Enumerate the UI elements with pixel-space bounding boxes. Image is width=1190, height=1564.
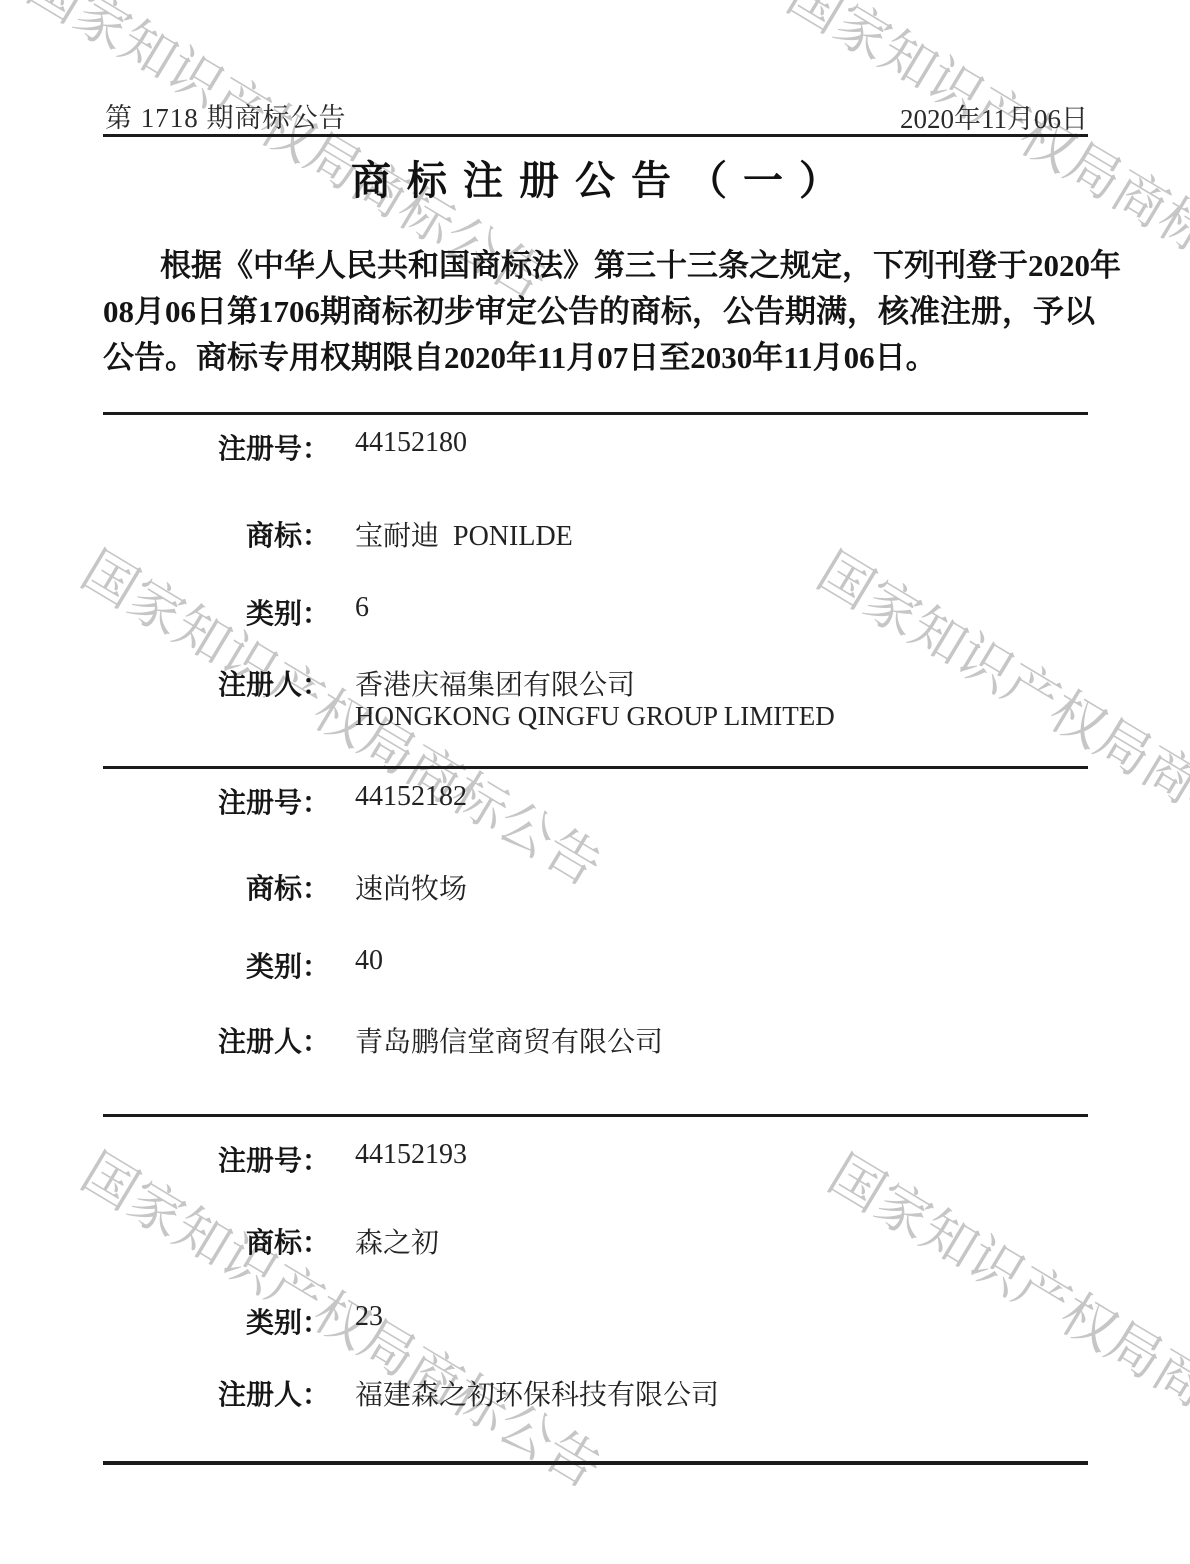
- field-value-registrant-en: HONGKONG QINGFU GROUP LIMITED: [355, 701, 1075, 732]
- intro-line: 08月06日第1706期商标初步审定公告的商标，公告期满，核准注册，予以: [103, 289, 1093, 335]
- field-value-trademark: 速尚牧场: [355, 867, 1075, 907]
- field-value-reg-no: 44152182: [355, 781, 1075, 813]
- field-label-registrant: 注册人：: [103, 663, 330, 703]
- field-value-trademark: 森之初: [355, 1221, 1075, 1261]
- page-title: 商标注册公告（一）: [0, 149, 1190, 206]
- field-label-trademark: 商标：: [103, 867, 330, 907]
- record-divider: [103, 412, 1088, 415]
- field-label-category: 类别：: [103, 945, 330, 985]
- intro-line: 公告。商标专用权期限自2020年11月07日至2030年11月06日。: [103, 335, 1093, 381]
- field-label-trademark: 商标：: [103, 1221, 330, 1261]
- record-divider: [103, 766, 1088, 769]
- field-value-trademark: 宝耐迪 PONILDE: [355, 514, 1075, 554]
- record-divider: [103, 1114, 1088, 1117]
- field-value-registrant: 香港庆福集团有限公司: [355, 663, 1075, 703]
- field-value-reg-no: 44152180: [355, 427, 1075, 459]
- field-label-reg-no: 注册号：: [103, 1139, 330, 1179]
- field-value-registrant: 青岛鹏信堂商贸有限公司: [355, 1020, 1075, 1060]
- field-label-registrant: 注册人：: [103, 1020, 330, 1060]
- header-divider: [103, 134, 1088, 137]
- field-value-category: 23: [355, 1301, 1075, 1333]
- field-label-category: 类别：: [103, 592, 330, 632]
- field-label-trademark: 商标：: [103, 514, 330, 554]
- field-value-registrant: 福建森之初环保科技有限公司: [355, 1373, 1075, 1413]
- field-value-category: 6: [355, 592, 1075, 624]
- field-label-reg-no: 注册号：: [103, 427, 330, 467]
- intro-line: 根据《中华人民共和国商标法》第三十三条之规定，下列刊登于2020年: [103, 243, 1093, 289]
- field-value-category: 40: [355, 945, 1075, 977]
- field-label-registrant: 注册人：: [103, 1373, 330, 1413]
- field-value-reg-no: 44152193: [355, 1139, 1075, 1171]
- gazette-page: 国家知识产权局商标公告 国家知识产权局商标公告 国家知识产权局商标公告 国家知识…: [0, 0, 1190, 1564]
- field-label-reg-no: 注册号：: [103, 781, 330, 821]
- intro-paragraph: 根据《中华人民共和国商标法》第三十三条之规定，下列刊登于2020年 08月06日…: [103, 243, 1093, 381]
- bottom-divider: [103, 1461, 1088, 1465]
- field-label-category: 类别：: [103, 1301, 330, 1341]
- header-issue-number: 第 1718 期商标公告: [105, 96, 347, 135]
- header-date: 2020年11月06日: [900, 97, 1088, 136]
